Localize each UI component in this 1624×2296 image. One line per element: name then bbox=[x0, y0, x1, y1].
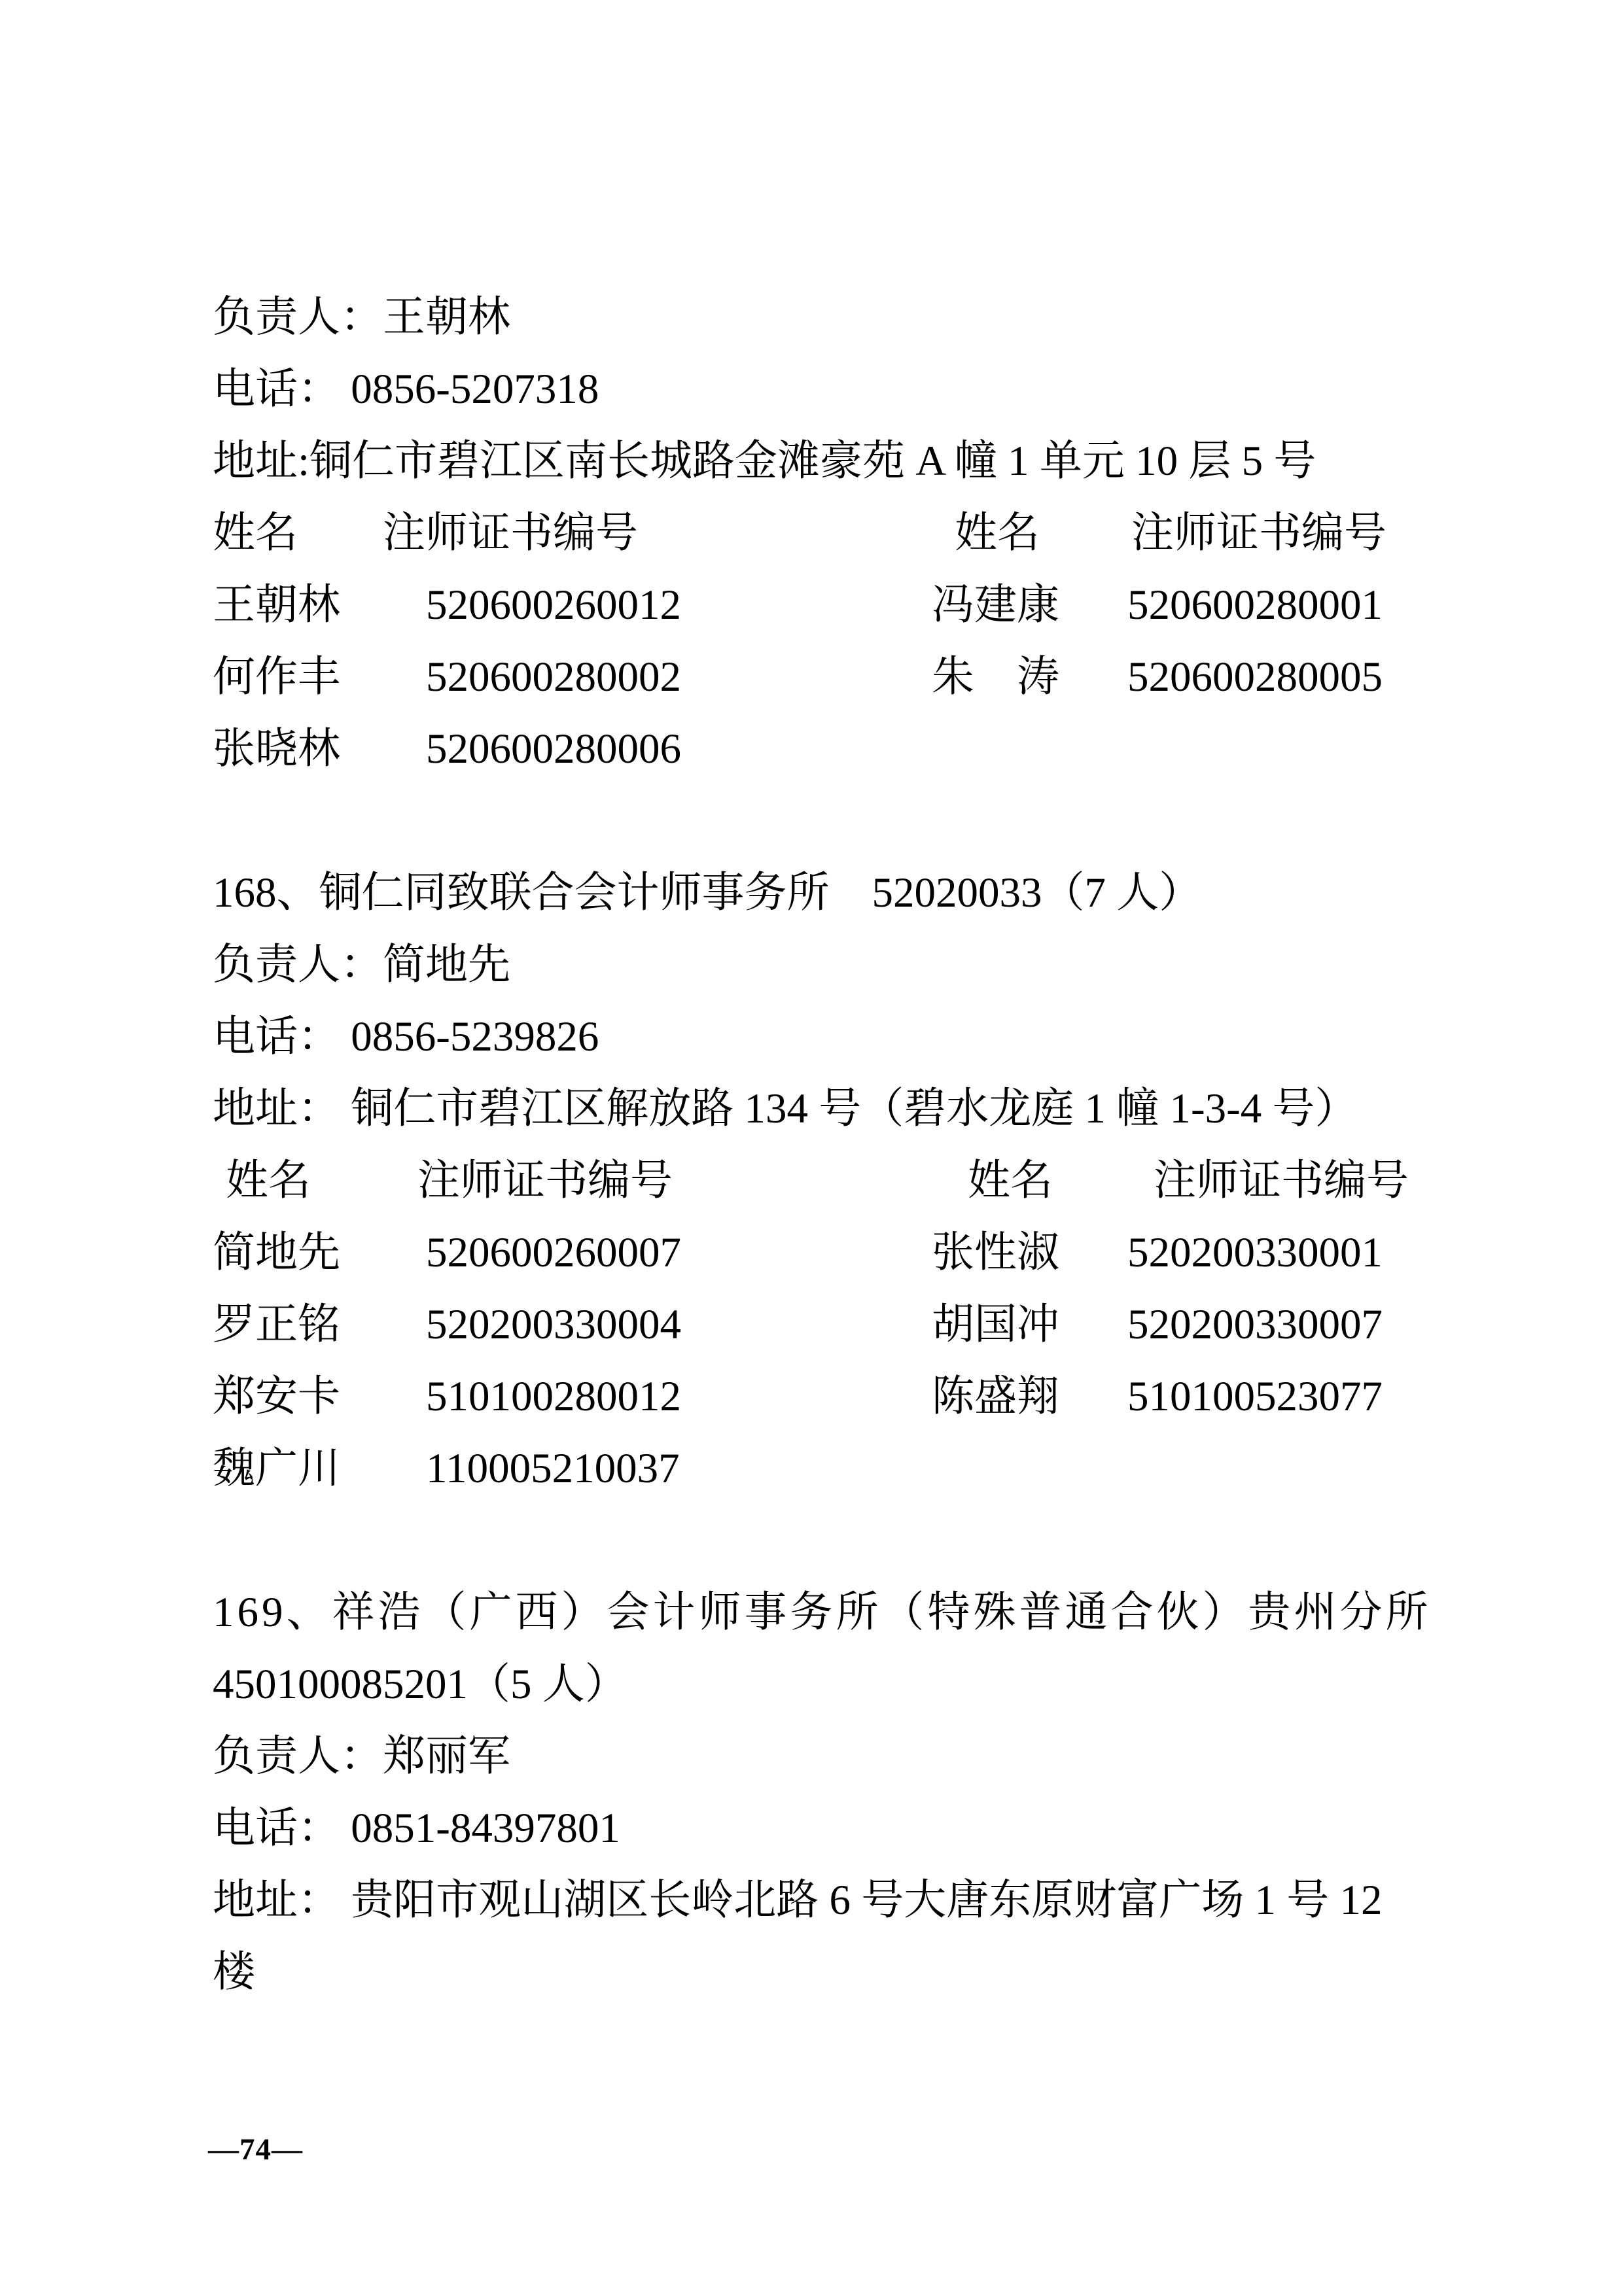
table-row: 魏广川 110005210037 bbox=[213, 1433, 1456, 1505]
manager-line: 负责人：王朝林 bbox=[213, 281, 1456, 353]
name-column-header: 姓名 bbox=[968, 1145, 1154, 1217]
accountant-name: 陈盛翔 bbox=[932, 1361, 1127, 1433]
phone-line: 电话： 0856-5239826 bbox=[213, 1001, 1456, 1073]
cert-number: 520600280001 bbox=[1127, 569, 1456, 641]
accountant-name: 王朝林 bbox=[213, 569, 426, 641]
accountant-table-header-row: 姓名 注师证书编号 姓名 注师证书编号 bbox=[213, 497, 1456, 569]
firm-section-168: 168、铜仁同致联合会计师事务所 52020033（7 人） 负责人：简地先 电… bbox=[213, 857, 1456, 1505]
table-row: 郑安卡 510100280012 陈盛翔 510100523077 bbox=[213, 1361, 1456, 1433]
cert-number: 520200330004 bbox=[426, 1289, 932, 1361]
cert-number-column-header: 注师证书编号 bbox=[383, 497, 955, 569]
cert-number-column-header: 注师证书编号 bbox=[417, 1145, 968, 1217]
name-column-header: 姓名 bbox=[226, 1145, 417, 1217]
cert-number: 520600280005 bbox=[1127, 641, 1456, 713]
cert-number: 520200330001 bbox=[1127, 1217, 1456, 1289]
cert-number: 510100523077 bbox=[1127, 1361, 1456, 1433]
cert-number-column-header: 注师证书编号 bbox=[1154, 1145, 1456, 1217]
accountant-name: 胡国冲 bbox=[932, 1289, 1127, 1361]
accountant-name: 简地先 bbox=[213, 1217, 426, 1289]
cert-number: 520200330007 bbox=[1127, 1289, 1456, 1361]
firm-title-line-2: 450100085201（5 人） bbox=[213, 1648, 1456, 1720]
cert-number: 510100280012 bbox=[426, 1361, 932, 1433]
cert-number bbox=[1127, 1433, 1456, 1505]
manager-line: 负责人：简地先 bbox=[213, 929, 1456, 1001]
accountant-name: 罗正铭 bbox=[213, 1289, 426, 1361]
accountant-name: 何作丰 bbox=[213, 641, 426, 713]
accountant-table-header-row: 姓名 注师证书编号 姓名 注师证书编号 bbox=[213, 1145, 1456, 1217]
cert-number: 520600260012 bbox=[426, 569, 932, 641]
blank-line bbox=[213, 1505, 1456, 1576]
cert-number: 520600260007 bbox=[426, 1217, 932, 1289]
table-row: 罗正铭 520200330004 胡国冲 520200330007 bbox=[213, 1289, 1456, 1361]
table-row: 张晓林 520600280006 bbox=[213, 713, 1456, 785]
firm-section-169: 169、祥浩（广西）会计师事务所（特殊普通合伙）贵州分所 45010008520… bbox=[213, 1576, 1456, 2008]
accountant-name bbox=[932, 1433, 1127, 1505]
cert-number bbox=[1127, 713, 1456, 785]
accountant-name: 冯建康 bbox=[932, 569, 1127, 641]
cert-number-column-header: 注师证书编号 bbox=[1131, 497, 1456, 569]
accountant-name: 郑安卡 bbox=[213, 1361, 426, 1433]
manager-line: 负责人：郑丽军 bbox=[213, 1720, 1456, 1792]
address-line-1: 地址： 贵阳市观山湖区长岭北路 6 号大唐东原财富广场 1 号 12 bbox=[213, 1864, 1456, 1936]
phone-line: 电话： 0851-84397801 bbox=[213, 1792, 1456, 1864]
firm-title: 168、铜仁同致联合会计师事务所 52020033（7 人） bbox=[213, 857, 1456, 929]
address-line: 地址： 铜仁市碧江区解放路 134 号（碧水龙庭 1 幢 1-3-4 号） bbox=[213, 1073, 1456, 1145]
name-column-header: 姓名 bbox=[213, 497, 383, 569]
firm-title-line-1: 169、祥浩（广西）会计师事务所（特殊普通合伙）贵州分所 bbox=[213, 1576, 1456, 1648]
accountant-name: 魏广川 bbox=[213, 1433, 426, 1505]
table-row: 简地先 520600260007 张性淑 520200330001 bbox=[213, 1217, 1456, 1289]
cert-number: 520600280006 bbox=[426, 713, 932, 785]
cert-number: 110005210037 bbox=[426, 1433, 932, 1505]
page-number-footer: —74— bbox=[208, 2131, 303, 2168]
cert-number: 520600280002 bbox=[426, 641, 932, 713]
address-line-2: 楼 bbox=[213, 1936, 1456, 2008]
phone-line: 电话： 0856-5207318 bbox=[213, 353, 1456, 425]
address-line: 地址:铜仁市碧江区南长城路金滩豪苑 A 幢 1 单元 10 层 5 号 bbox=[213, 425, 1456, 497]
accountant-name bbox=[932, 713, 1127, 785]
blank-line bbox=[213, 785, 1456, 857]
document-body: 负责人：王朝林 电话： 0856-5207318 地址:铜仁市碧江区南长城路金滩… bbox=[213, 281, 1456, 2008]
table-row: 何作丰 520600280002 朱 涛 520600280005 bbox=[213, 641, 1456, 713]
table-row: 王朝林 520600260012 冯建康 520600280001 bbox=[213, 569, 1456, 641]
firm-section-167-continuation: 负责人：王朝林 电话： 0856-5207318 地址:铜仁市碧江区南长城路金滩… bbox=[213, 281, 1456, 785]
name-column-header: 姓名 bbox=[955, 497, 1131, 569]
accountant-name: 朱 涛 bbox=[932, 641, 1127, 713]
accountant-name: 张晓林 bbox=[213, 713, 426, 785]
accountant-name: 张性淑 bbox=[932, 1217, 1127, 1289]
